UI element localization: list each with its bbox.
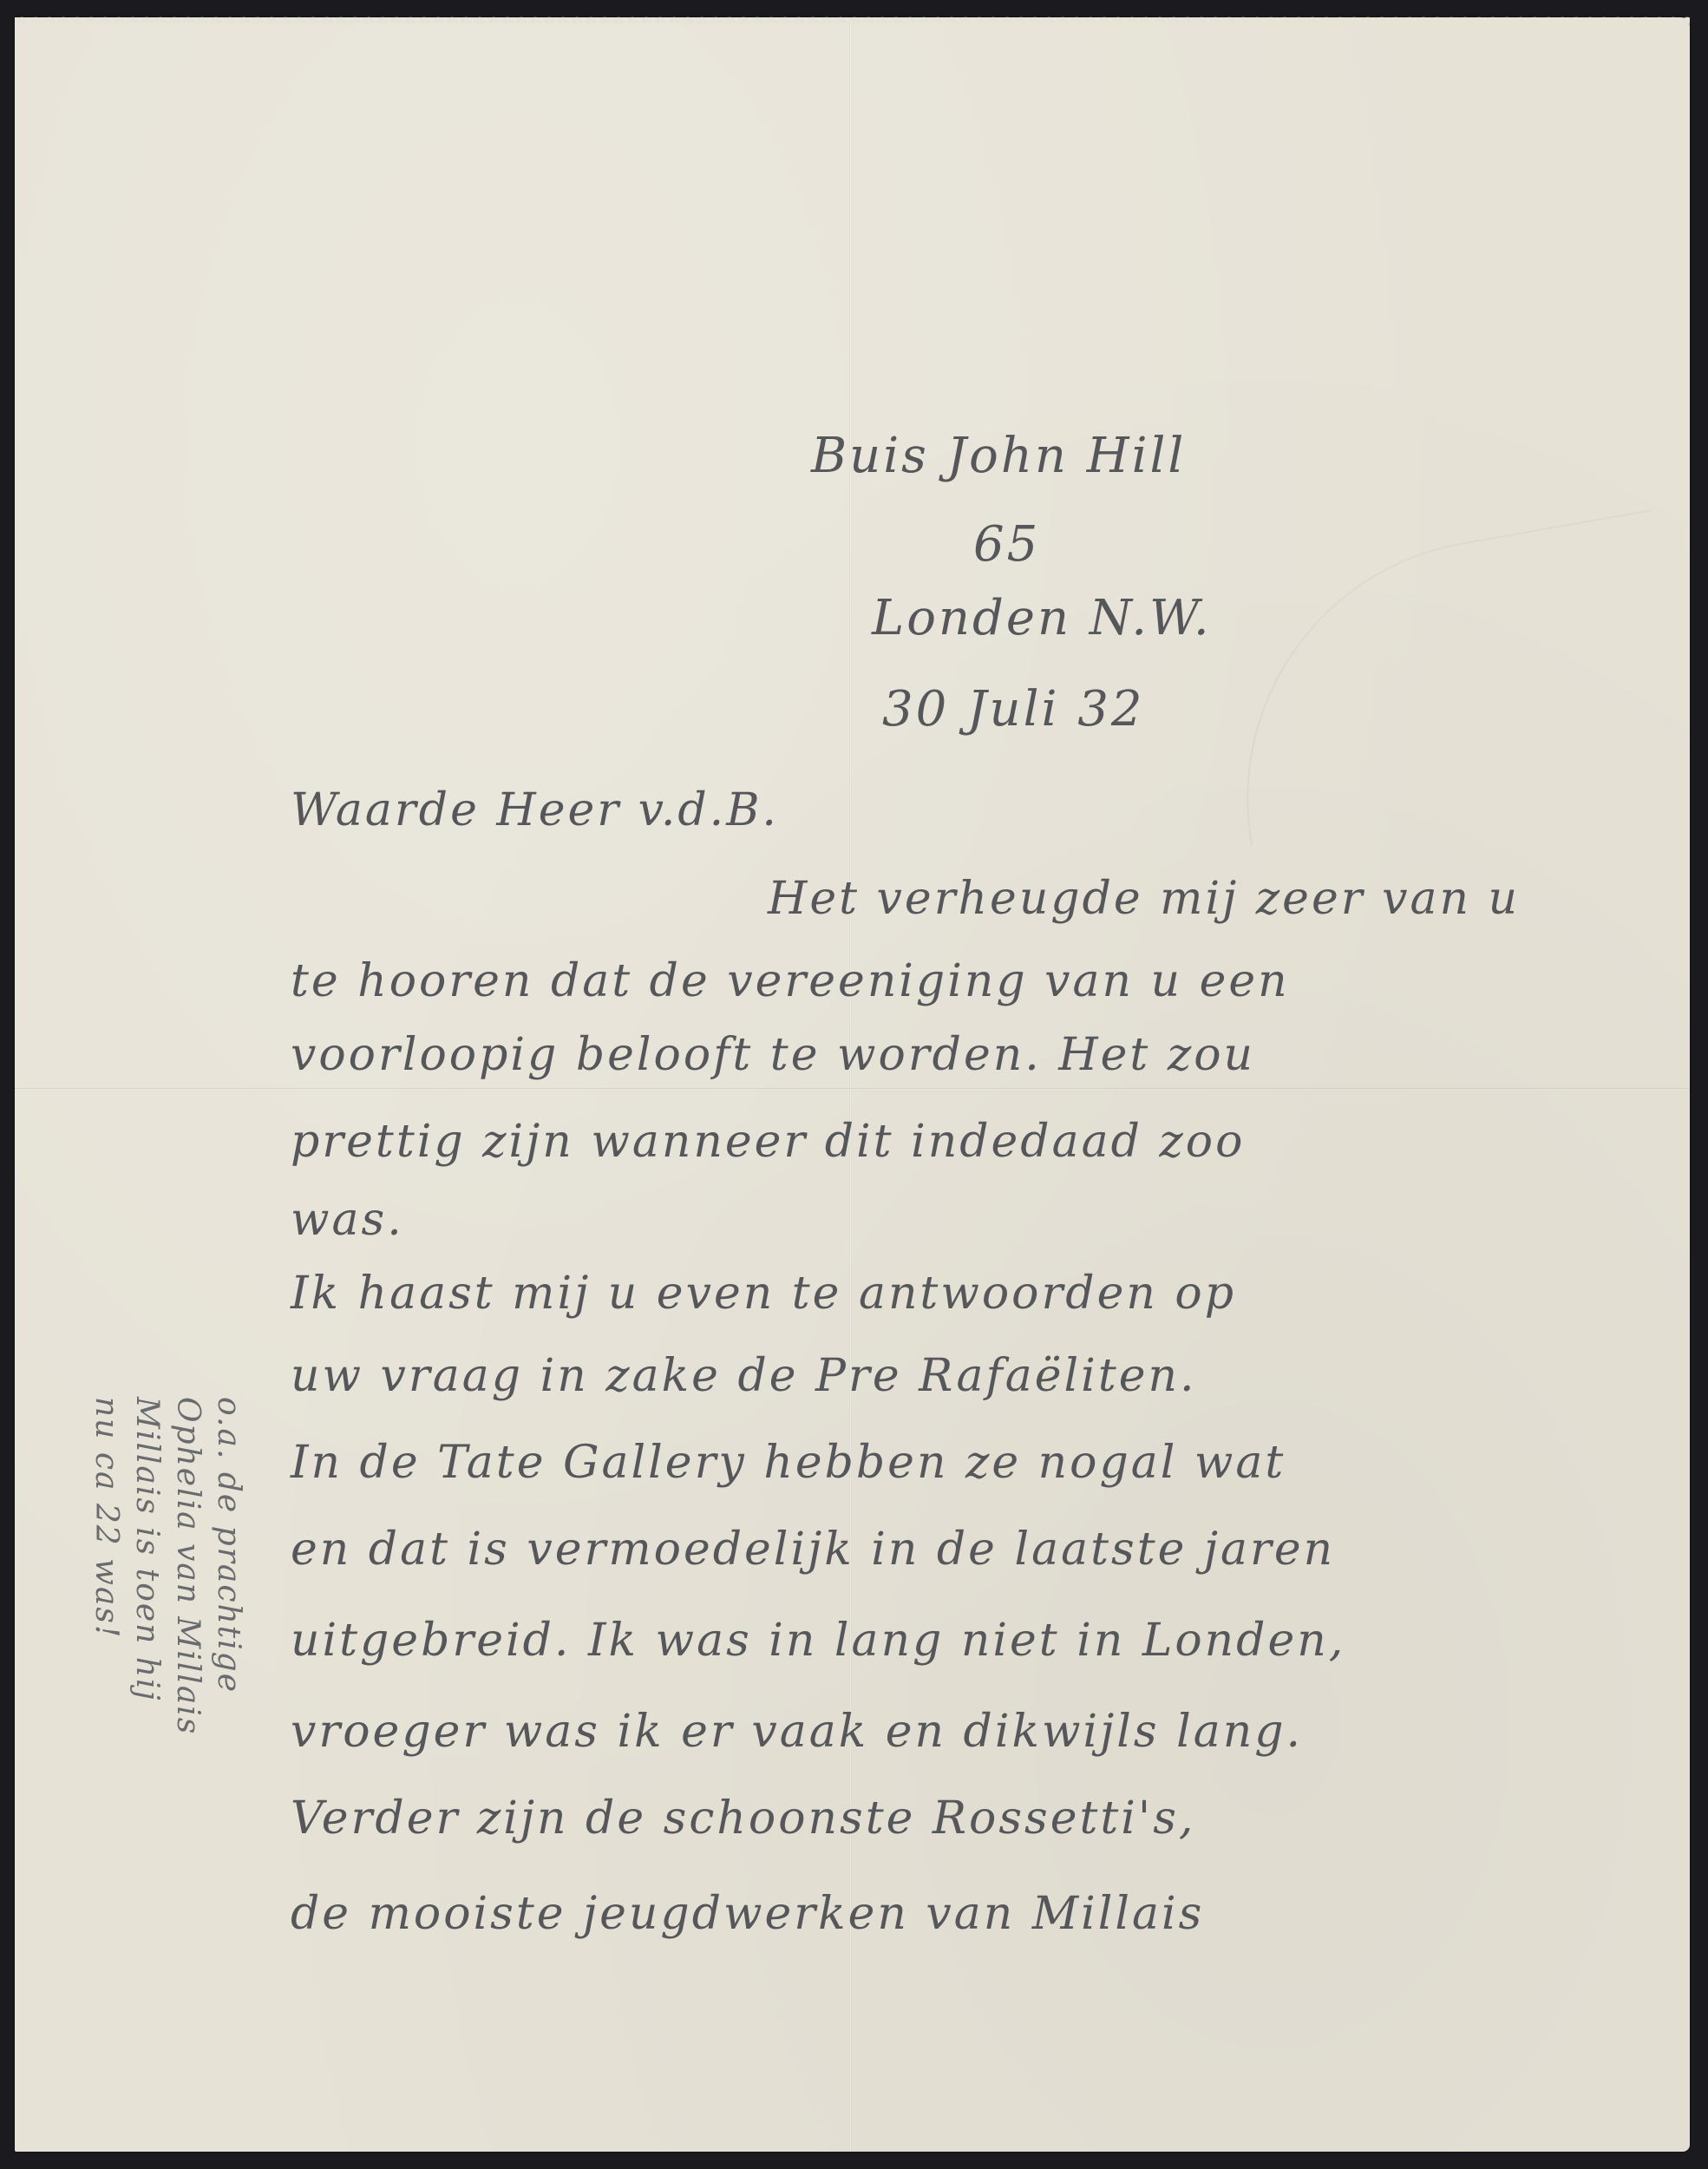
deckled-edge <box>15 11 1690 23</box>
body-line: was. <box>291 1197 404 1242</box>
body-line: voorloopig belooft te worden. Het zou <box>291 1032 1255 1078</box>
horizontal-fold-line <box>15 1088 1690 1091</box>
margin-note: o.a. de prachtige Ophelia van Millais Mi… <box>86 1397 249 1735</box>
body-line: prettig zijn wanneer dit indedaad zoo <box>291 1119 1245 1164</box>
body-line: Ik haast mij u even te antwoorden op <box>291 1271 1236 1316</box>
letter-date: 30 Juli 32 <box>882 685 1144 734</box>
body-line: Verder zijn de schoonste Rossetti's, <box>291 1796 1195 1841</box>
body-line: en dat is vermoedelijk in de laatste jar… <box>291 1527 1335 1572</box>
body-line: te hooren dat de vereeniging van u een <box>291 959 1290 1004</box>
margin-note-line: o.a. de prachtige <box>208 1397 249 1735</box>
salutation: Waarde Heer v.d.B. <box>291 788 779 833</box>
address-line-2: 65 <box>973 521 1040 569</box>
letter-page: Buis John Hill 65 Londen N.W. 30 Juli 32… <box>15 17 1690 2152</box>
address-line-3: Londen N.W. <box>872 594 1212 643</box>
margin-note-line: nu ca 22 was! <box>86 1397 127 1735</box>
envelope-flap-impression <box>1206 509 1698 846</box>
body-line: uw vraag in zake de Pre Rafaëliten. <box>291 1353 1197 1399</box>
body-line: vroeger was ik er vaak en dikwijls lang. <box>291 1709 1303 1754</box>
body-line: de mooiste jeugdwerken van Millais <box>291 1891 1204 1936</box>
margin-note-line: Millais is toen hij <box>127 1397 167 1735</box>
body-line: In de Tate Gallery hebben ze nogal wat <box>291 1440 1286 1485</box>
address-line-1: Buis John Hill <box>811 432 1186 481</box>
margin-note-line: Ophelia van Millais <box>167 1397 208 1735</box>
body-line: Het verheugde mij zeer van u <box>768 876 1520 921</box>
body-line: uitgebreid. Ik was in lang niet in Londe… <box>291 1618 1345 1663</box>
